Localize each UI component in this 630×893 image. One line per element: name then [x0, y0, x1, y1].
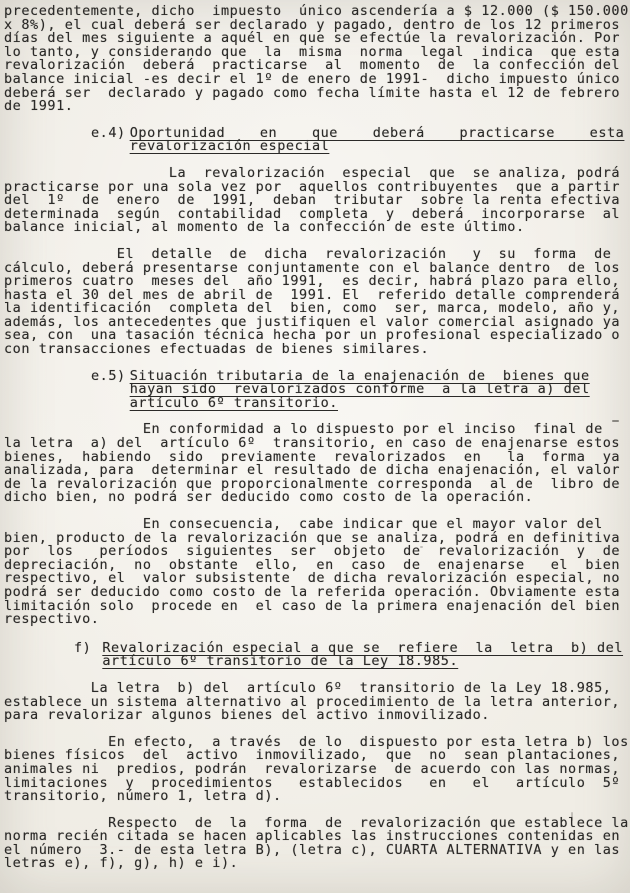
document-body: precedentemente, dicho impuesto único as…	[0, 0, 630, 871]
section-label: f)	[74, 642, 91, 656]
section-heading: f)Revalorización especial a que se refie…	[4, 642, 628, 669]
paragraph: La letra b) del artículo 6º transitorio …	[4, 682, 628, 723]
section-label: e.5)	[91, 370, 126, 384]
section-heading-text: Revalorización especial a que se refiere…	[102, 642, 623, 669]
paragraph: En consecuencia, cabe indicar que el may…	[4, 518, 628, 627]
paragraph: precedentemente, dicho impuesto único as…	[4, 5, 628, 114]
section-label: e.4)	[91, 127, 126, 141]
paragraph: En conformidad a lo dispuesto por el inc…	[4, 423, 628, 505]
scan-artifact	[612, 420, 619, 422]
paragraph: El detalle de dicha revalorización y su …	[4, 248, 628, 357]
scan-artifact	[420, 546, 423, 548]
section-heading-text: Oportunidad en que deberá practicarse es…	[130, 127, 625, 154]
paragraph: La revalorización especial que se analiz…	[4, 167, 628, 235]
section-heading: e.5)Situación tributaria de la enajenaci…	[4, 370, 628, 411]
paragraph: Respecto de la forma de revalorización q…	[4, 817, 628, 871]
scanned-document-page: { "page": { "background": "#f2efe9", "in…	[0, 0, 630, 893]
section-heading: e.4)Oportunidad en que deberá practicars…	[4, 127, 628, 154]
paragraph: En efecto, a través de lo dispuesto por …	[4, 736, 628, 804]
section-heading-text: Situación tributaria de la enajenación d…	[130, 370, 590, 411]
scan-artifact	[571, 812, 573, 821]
